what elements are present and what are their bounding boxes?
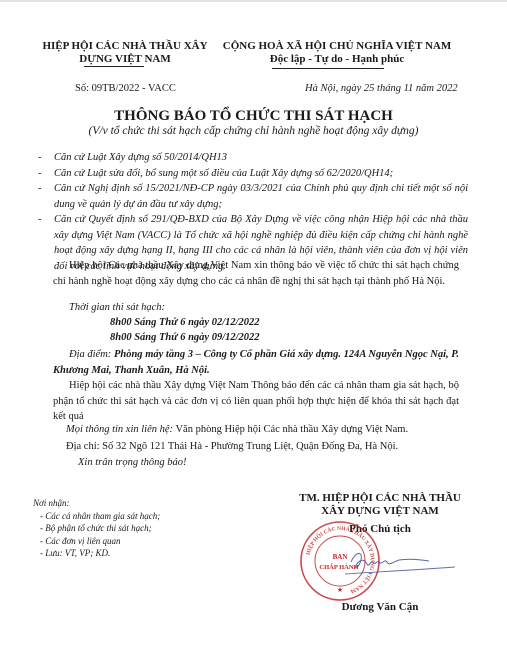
recipient-item: - Lưu: VT, VP; KD. [40, 547, 160, 560]
legal-basis-item: -Căn cứ Luật Xây dựng số 50/2014/QH13 [38, 150, 468, 166]
handwritten-signature-icon [345, 548, 457, 582]
contact-value: Văn phòng Hiệp hội Các nhà thầu Xây dựng… [173, 424, 408, 435]
signatory-organization: TM. HIỆP HỘI CÁC NHÀ THẦU XÂY DỰNG VIỆT … [290, 492, 470, 518]
country-name: CỘNG HOÀ XÃ HỘI CHỦ NGHĨA VIỆT NAM [222, 40, 452, 53]
recipient-item: - Các đơn vị liên quan [40, 535, 160, 548]
exam-location: Địa điểm: Phòng máy tầng 3 – Công ty Cổ … [53, 347, 459, 378]
document-title: THÔNG BÁO TỔ CHỨC THI SÁT HẠCH [0, 108, 507, 125]
recipients-block: Nơi nhận: - Các cá nhân tham gia sát hạc… [33, 497, 160, 560]
contact-label: Mọi thông tin xin liên hệ: [66, 424, 173, 435]
document-date: Hà Nội, ngày 25 tháng 11 năm 2022 [305, 83, 458, 94]
bullet-dash: - [38, 166, 42, 182]
location-label: Địa điểm: [69, 349, 114, 360]
document-subtitle: (V/v tổ chức thi sát hạch cấp chứng chỉ … [0, 125, 507, 137]
contact-address: Địa chỉ: Số 32 Ngõ 121 Thái Hà - Phường … [66, 441, 398, 452]
bullet-dash: - [38, 181, 42, 197]
recipient-item: - Các cá nhân tham gia sát hạch; [40, 510, 160, 523]
document-number: Số: 09TB/2022 - VACC [75, 83, 176, 94]
bullet-dash: - [38, 212, 42, 228]
legal-basis-item: -Căn cứ Luật sửa đổi, bổ sung một số điề… [38, 166, 468, 182]
recipients-label: Nơi nhận: [33, 497, 160, 510]
window-top-edge [0, 0, 507, 2]
intro-paragraph: Hiệp hội Các nhà thầu Xây dựng Việt Nam … [53, 258, 459, 289]
org-name-line1: HIỆP HỘI CÁC NHÀ THẦU XÂY [30, 40, 220, 53]
legal-basis-item: -Căn cứ Nghị định số 15/2021/NĐ-CP ngày … [38, 181, 468, 212]
exam-time-1: 8h00 Sáng Thứ 6 ngày 02/12/2022 [110, 317, 260, 328]
contact-line: Mọi thông tin xin liên hệ: Văn phòng Hiệ… [66, 424, 408, 435]
svg-text:★: ★ [337, 586, 343, 594]
legal-bases-list: -Căn cứ Luật Xây dựng số 50/2014/QH13 -C… [38, 150, 468, 274]
motto-underline [272, 68, 384, 69]
motto: Độc lập - Tự do - Hạnh phúc [222, 53, 452, 66]
national-motto: CỘNG HOÀ XÃ HỘI CHỦ NGHĨA VIỆT NAM Độc l… [222, 40, 452, 66]
signatory-name: Dương Văn Cận [290, 601, 470, 613]
exam-time-2: 8h00 Sáng Thứ 6 ngày 09/12/2022 [110, 332, 260, 343]
bullet-dash: - [38, 150, 42, 166]
issuing-organization: HIỆP HỘI CÁC NHÀ THẦU XÂY DỰNG VIỆT NAM [30, 40, 220, 66]
notice-paragraph: Hiệp hội các nhà thầu Xây dựng Việt Nam … [53, 378, 459, 425]
org-name-line2: DỰNG VIỆT NAM [30, 53, 220, 66]
closing-regards: Xin trân trọng thông báo! [78, 457, 187, 468]
recipient-item: - Bộ phận tổ chức thi sát hạch; [40, 522, 160, 535]
location-value: Phòng máy tầng 3 – Công ty Cổ phần Giá x… [53, 349, 459, 376]
exam-time-label: Thời gian thi sát hạch: [69, 302, 165, 313]
org-underline [84, 66, 144, 67]
